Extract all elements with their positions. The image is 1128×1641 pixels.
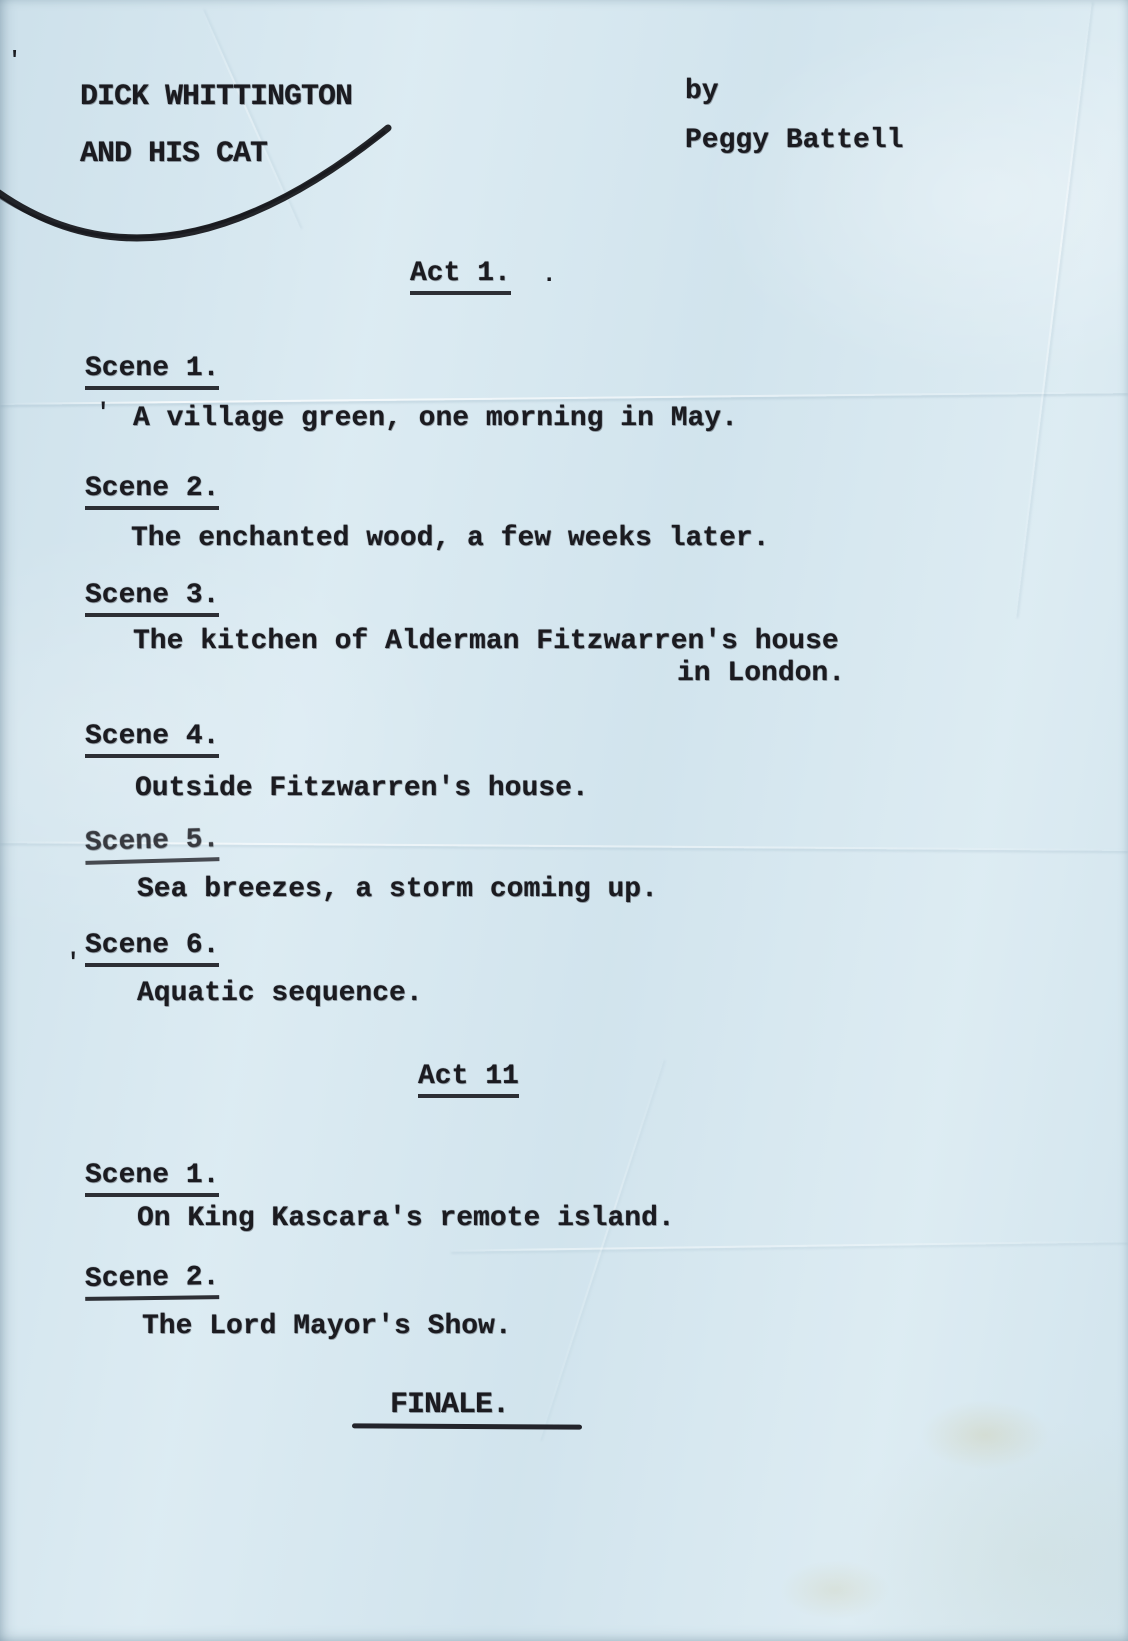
scene-heading-text: Scene 3. [85,582,219,617]
scene-heading: Scene 2. [85,475,219,510]
byline-label: by [685,78,719,106]
ink-speck: ' [8,48,21,73]
scene-description: The Lord Mayor's Show. [142,1313,512,1341]
scene-heading: Scene 1. [85,1162,219,1197]
finale-underline [352,1423,582,1429]
scene-heading: Scene 5. [85,826,220,865]
paper-crease [538,1059,664,1440]
scene-heading-text: Scene 4. [85,723,219,758]
paper-crease [201,10,300,230]
scene-heading: Scene 6. [85,932,219,967]
ink-speck: . [542,262,556,289]
act-heading-text: Act 11 [418,1063,519,1098]
scene-heading-text: Scene 1. [85,1162,219,1197]
paper-stain [780,1560,890,1620]
paper-crease [1014,2,1092,618]
ink-speck: ' [66,950,80,977]
scene-description: A village green, one morning in May. [133,405,738,433]
scene-description-continued: in London. [677,660,845,688]
scene-description: Outside Fitzwarren's house. [135,775,589,803]
scene-description: The kitchen of Alderman Fitzwarren's hou… [133,628,839,656]
scene-heading-text: Scene 2. [85,1264,220,1301]
finale-heading: FINALE. [390,1390,509,1420]
scene-heading-text: Scene 2. [85,475,219,510]
scene-heading-text: Scene 6. [85,932,219,967]
act-heading-text: Act 1. [410,260,511,295]
scene-description: On King Kascara's remote island. [137,1205,675,1233]
scene-heading: Scene 1. [85,355,219,390]
act-heading: Act 1. [410,260,511,295]
scene-description: Aquatic sequence. [137,980,423,1008]
ink-speck: ' [96,400,110,427]
scene-heading: Scene 2. [85,1264,220,1301]
act-heading: Act 11 [418,1063,519,1098]
scene-description: The enchanted wood, a few weeks later. [131,525,770,553]
scene-heading: Scene 3. [85,582,219,617]
scanned-script-page: DICK WHITTINGTON AND HIS CAT by Peggy Ba… [0,0,1128,1641]
scene-heading-text: Scene 1. [85,355,219,390]
author-name: Peggy Battell [685,127,903,155]
script-title-line-2: AND HIS CAT [80,139,267,169]
scene-heading: Scene 4. [85,723,219,758]
scene-description: Sea breezes, a storm coming up. [137,876,658,904]
scene-heading-text: Scene 5. [85,826,220,865]
script-title-line-1: DICK WHITTINGTON [80,82,352,112]
paper-stain [920,1400,1050,1470]
paper-crease [451,1240,1128,1251]
